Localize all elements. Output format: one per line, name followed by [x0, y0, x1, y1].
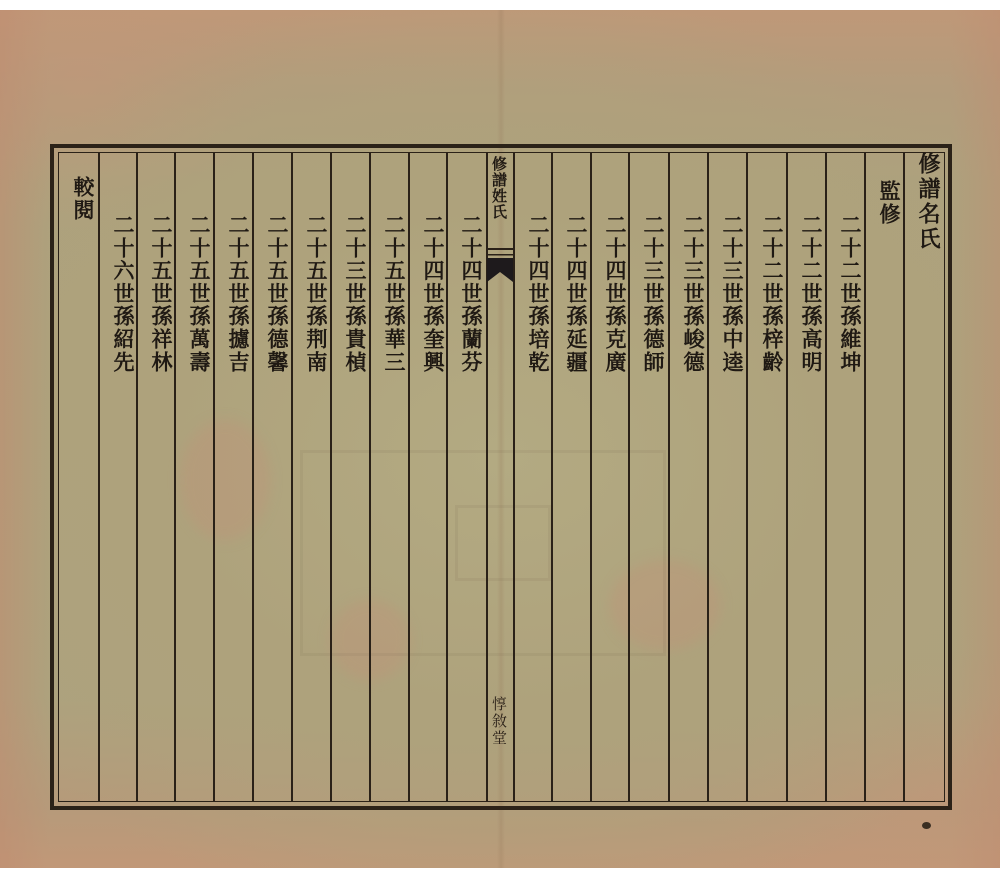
center-title: 修譜姓氏 [486, 156, 512, 220]
entry-name: 二十四世孫克廣 [592, 214, 628, 374]
section-label-supervisor: 監修 [866, 180, 902, 226]
ink-spot [922, 822, 931, 829]
section-label-proofreader: 較閱 [60, 176, 96, 222]
entry-name: 二十五世孫萬壽 [176, 214, 212, 374]
hall-name: 惇敘堂 [486, 696, 512, 747]
fishtail-icon [487, 248, 513, 284]
entry-name: 二十二世孫高明 [788, 214, 824, 374]
entry-name: 二十四世孫奎興 [410, 214, 446, 374]
entry-name: 二十三世孫德師 [630, 214, 666, 374]
column-rule [903, 152, 905, 802]
entry-name: 二十四世孫延疆 [553, 214, 589, 374]
entry-name: 二十六世孫紹先 [100, 214, 136, 374]
page-heading: 修譜名氏 [906, 152, 942, 252]
entry-name: 二十四世孫蘭芬 [448, 214, 484, 374]
entry-name: 二十五世孫攄吉 [215, 214, 251, 374]
entry-name: 二十二世孫梓齡 [749, 214, 785, 374]
entry-name: 二十三世孫峻德 [670, 214, 706, 374]
entry-name: 二十二世孫維坤 [827, 214, 863, 374]
entry-name: 二十三世孫貴楨 [332, 214, 368, 374]
column-rule [746, 152, 748, 802]
entry-name: 二十五世孫德馨 [254, 214, 290, 374]
column-rule [864, 152, 866, 802]
entry-name: 二十五世孫華三 [371, 214, 407, 374]
entry-name: 二十五世孫祥林 [138, 214, 174, 374]
entry-name: 二十四世孫培乾 [515, 214, 551, 374]
entry-name: 二十五世孫荆南 [293, 214, 329, 374]
entry-name: 二十三世孫中逵 [709, 214, 745, 374]
